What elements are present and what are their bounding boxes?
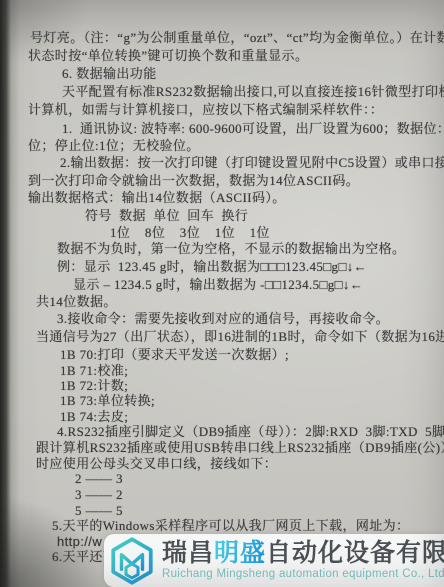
doc-wiring-line: 2 —— 3 <box>75 471 123 486</box>
doc-format-header: 符号 数据 单位 回车 换行 <box>85 208 248 223</box>
doc-text-line: 位；停止位:1位；无校验位。 <box>28 138 200 153</box>
company-name-cn-pre: 瑞昌 <box>162 539 214 567</box>
doc-text-line: 计算机，如需与计算机接口，应按以下格式编制采样软件：： <box>28 102 383 117</box>
company-watermark: 瑞昌明盛自动化设备有限公司 Ruichang Mingsheng automat… <box>104 534 444 587</box>
doc-text-line: 4.RS232插座引脚定义（DB9插座（母））：2脚:RXD 3脚:TXD 5脚… <box>57 424 444 439</box>
doc-text-line: 到一次打印命令就输出一次数据，数据为14位ASCII码。 <box>28 173 359 188</box>
doc-text-line: 共14位数据。 <box>36 294 117 309</box>
doc-text-line: 天平配置有标准RS232数据输出接口,可以直接连接16针微型打印机和 <box>62 84 444 99</box>
doc-command-line: 1B 73:单位转换; <box>60 393 155 408</box>
doc-wiring-line: 3 —— 2 <box>75 487 123 502</box>
doc-text-line: 1. 通讯协议: 波特率: 600-9600可设置，出厂设置为600；数据位：8 <box>62 121 444 136</box>
doc-text-line: 状态时按“单位转换”键可切换个数和重量显示。 <box>28 48 308 63</box>
doc-command-line: 1B 74:去皮; <box>60 409 128 424</box>
doc-text-line: 2.输出数据：按一次打印键（打印键设置见附中C5设置）或串口接收 <box>60 155 444 170</box>
doc-example-line: 显示 – 1234.5 g时，输出数据为 -□□1234.5□g□↓← <box>73 277 363 292</box>
doc-text-line: 当通信号为27（出厂状态），即16进制的1B时，命令如下（数据为16进制）： <box>36 329 444 344</box>
doc-example-line: 例：显示 123.45 g时，输出数据为□□□123.45□g□↓← <box>57 259 367 274</box>
doc-command-line: 1B 70:打印（要求天平发送一次数据）; <box>60 347 289 362</box>
doc-format-widths: 1位 8位 3位 1位 1位 <box>110 225 270 240</box>
doc-command-line: 1B 72:计数; <box>60 378 128 393</box>
company-name-cn: 瑞昌明盛自动化设备有限公司 <box>162 540 444 567</box>
doc-text-line: 5.天平的Windows采样程序可以从我厂网页上下载，网址为： <box>52 518 409 533</box>
doc-section-heading: 6. 数据输出功能 <box>62 66 157 81</box>
doc-wiring-line: 5 —— 5 <box>75 503 123 518</box>
doc-text-line: 时应使用公母头交叉串口线，接线如下： <box>36 456 277 471</box>
company-name-cn-post: 自动化设备有限公司 <box>266 539 444 567</box>
doc-text-line: 跟计算机RS232插座或使用USB转串口线上RS232插座（DB9插座(公)）连… <box>36 440 444 455</box>
doc-text-line: 号灯亮。（注：“g”为公制重量单位，“ozt”、“ct”均为金衡单位。）在计数 <box>30 30 444 45</box>
doc-text-line: 3.接收命令：需要先接收到对应的通信号，再接收命令。 <box>57 311 389 326</box>
doc-text-line: 输出数据格式：输出14位数据（ASCII码）。 <box>28 190 286 205</box>
doc-command-line: 1B 71:校准; <box>60 363 128 378</box>
company-name-en: Ruichang Mingsheng automation equipment … <box>162 568 444 581</box>
doc-text-line: 数据不为负时，第一位为空格，不显示的数据输出为空格。 <box>57 241 405 256</box>
hexagon-m-logo-icon <box>108 537 156 585</box>
document-photo: 号灯亮。（注：“g”为公制重量单位，“ozt”、“ct”均为金衡单位。）在计数 … <box>0 0 444 587</box>
company-name-cn-highlight: 明盛 <box>214 539 266 567</box>
company-name-block: 瑞昌明盛自动化设备有限公司 Ruichang Mingsheng automat… <box>162 540 444 581</box>
